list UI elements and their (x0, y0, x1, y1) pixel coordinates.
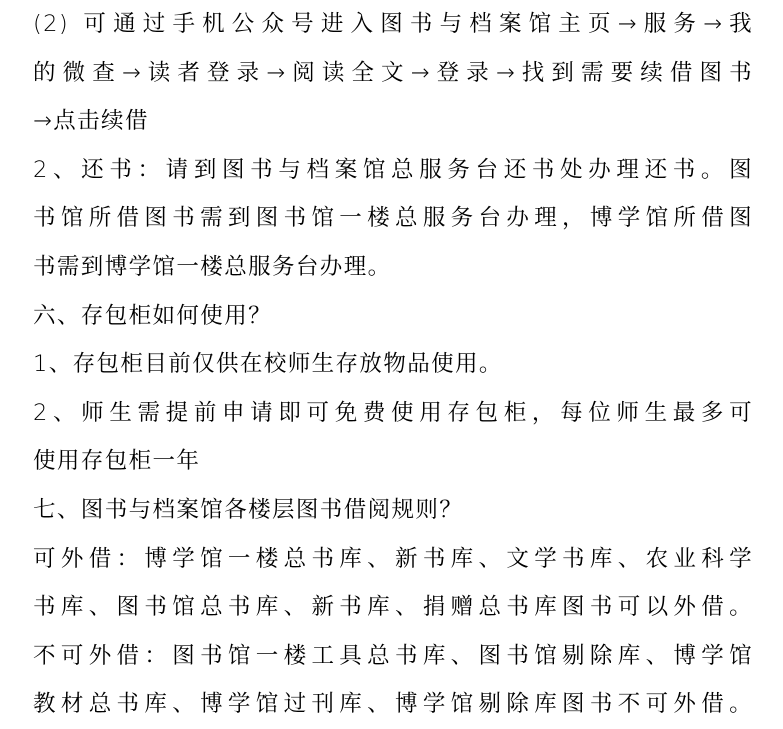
document-page: (2) 可通过手机公众号进入图书与档案馆主页→服务→我 的微查→读者登录→阅读全… (33, 0, 753, 729)
non-lendable-line-2: 教材总书库、博学馆过刊库、博学馆剔除库图书不可外借。 (33, 680, 753, 729)
locker-rule-2-line-2: 使用存包柜一年 (33, 437, 753, 486)
renewal-step-line-1: (2) 可通过手机公众号进入图书与档案馆主页→服务→我 (33, 0, 753, 49)
renewal-step-line-3: →点击续借 (33, 97, 753, 146)
return-book-line-1: 2、还书：请到图书与档案馆总服务台还书处办理还书。图 (33, 146, 753, 195)
non-lendable-line-1: 不可外借：图书馆一楼工具总书库、图书馆剔除库、博学馆 (33, 632, 753, 681)
return-book-line-3: 书需到博学馆一楼总服务台办理。 (33, 243, 753, 292)
renewal-step-line-2: 的微查→读者登录→阅读全文→登录→找到需要续借图书 (33, 49, 753, 98)
locker-rule-2-line-1: 2、师生需提前申请即可免费使用存包柜，每位师生最多可 (33, 389, 753, 438)
section-heading-locker: 六、存包柜如何使用？ (33, 292, 753, 341)
lendable-line-2: 书库、图书馆总书库、新书库、捐赠总书库图书可以外借。 (33, 583, 753, 632)
return-book-line-2: 书馆所借图书需到图书馆一楼总服务台办理，博学馆所借图 (33, 194, 753, 243)
locker-rule-1: 1、存包柜目前仅供在校师生存放物品使用。 (33, 340, 753, 389)
lendable-line-1: 可外借：博学馆一楼总书库、新书库、文学书库、农业科学 (33, 535, 753, 584)
section-heading-borrowing-rules: 七、图书与档案馆各楼层图书借阅规则？ (33, 486, 753, 535)
